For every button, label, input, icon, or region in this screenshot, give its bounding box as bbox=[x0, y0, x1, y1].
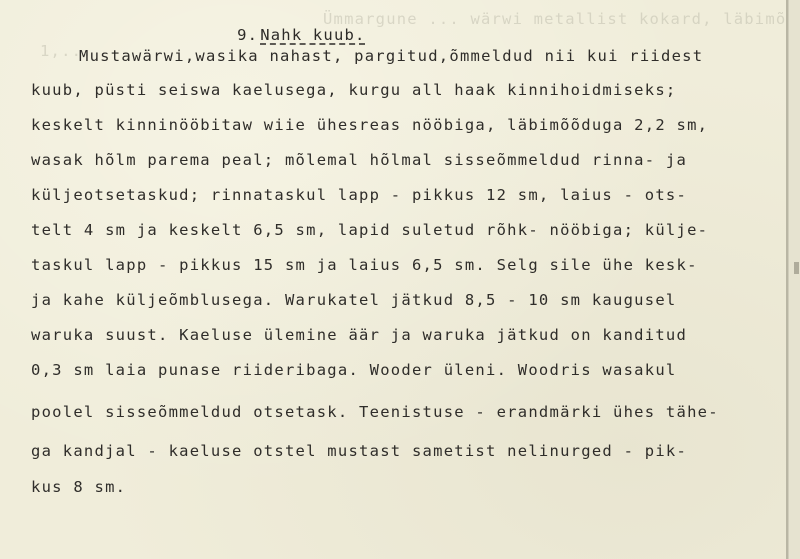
bleed-through-text: Ümmargune ... wärwi metallist kokard, lä… bbox=[323, 10, 800, 28]
text-line: poolel sisseõmmeldud otsetask. Teenistus… bbox=[31, 405, 719, 421]
text-line: kuub, püsti seiswa kaelusega, kurgu all … bbox=[31, 83, 677, 99]
section-number: 9. bbox=[237, 26, 258, 44]
text-line: keskelt kinninööbitaw wiie ühesreas nööb… bbox=[31, 118, 708, 134]
text-line: ga kandjal - kaeluse otstel mustast same… bbox=[31, 444, 687, 460]
adjacent-page-strip bbox=[788, 0, 800, 559]
text-line: Mustawärwi,wasika nahast, pargitud,õmmel… bbox=[79, 49, 703, 65]
text-line: waruka suust. Kaeluse ülemine äär ja war… bbox=[31, 328, 687, 344]
text-line: taskul lapp - pikkus 15 sm ja laius 6,5 … bbox=[31, 258, 698, 274]
text-line: wasak hõlm parema peal; mõlemal hõlmal s… bbox=[31, 153, 687, 169]
text-line: küljeotsetaskud; rinnataskul lapp - pikk… bbox=[31, 188, 687, 204]
edge-mark bbox=[794, 262, 799, 274]
text-line: kus 8 sm. bbox=[31, 480, 126, 496]
text-line: ja kahe küljeõmblusega. Warukatel jätkud… bbox=[31, 293, 677, 309]
text-line: 0,3 sm laia punase riideribaga. Wooder ü… bbox=[31, 363, 677, 379]
scanned-page: Ümmargune ... wärwi metallist kokard, lä… bbox=[0, 0, 786, 559]
section-title: Nahk kuub. bbox=[260, 26, 365, 44]
text-line: telt 4 sm ja keskelt 6,5 sm, lapid sulet… bbox=[31, 223, 708, 239]
